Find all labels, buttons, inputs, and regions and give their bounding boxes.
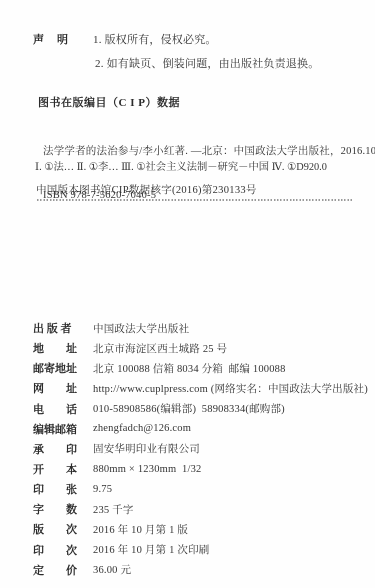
publication-label: 网 址 <box>33 380 77 396</box>
declaration-section: 声 明 1. 版权所有，侵权必究。 2. 如有缺页、倒装问题，由出版社负责退换。 <box>33 29 319 76</box>
publication-label: 字 数 <box>33 501 77 517</box>
cip-record-number: 中国版本图书馆CIP数据核字(2016)第230133号 <box>36 182 257 197</box>
publication-value: 2016 年 10 月第 1 次印刷 <box>93 542 209 557</box>
publication-row-printing: 印 次 2016 年 10 月第 1 次印刷 <box>33 540 365 560</box>
publication-value: 北京 100088 信箱 8034 分箱 邮编 100088 <box>93 361 286 376</box>
publication-value: 235 千字 <box>93 502 134 517</box>
publication-label: 出 版 者 <box>33 320 77 336</box>
declaration-item-1: 1. 版权所有，侵权必究。 <box>93 29 319 53</box>
publication-label: 承 印 <box>33 441 77 457</box>
publication-value: 880mm × 1230mm 1/32 <box>93 464 202 475</box>
publication-row-editor-email: 编辑邮箱 zhengfadch@126.com <box>33 419 365 439</box>
dotted-divider <box>37 199 352 201</box>
publication-label: 版 次 <box>33 521 77 537</box>
publication-value: 固安华明印业有限公司 <box>93 441 200 456</box>
publication-value: 北京市海淀区西土城路 25 号 <box>93 341 227 356</box>
publication-row-edition: 版 次 2016 年 10 月第 1 版 <box>33 519 365 539</box>
publication-label: 编辑邮箱 <box>33 421 77 437</box>
publication-row-address: 地 址 北京市海淀区西土城路 25 号 <box>33 338 365 358</box>
publication-row-mailing-address: 邮寄地址 北京 100088 信箱 8034 分箱 邮编 100088 <box>33 358 365 378</box>
publication-row-website: 网 址 http://www.cuplpress.com (网络实名：中国政法大… <box>33 378 365 398</box>
publication-value: 9.75 <box>93 484 112 495</box>
publication-row-phone: 电 话 010-58908586(编辑部) 58908334(邮购部) <box>33 399 365 419</box>
publication-info-section: 出 版 者 中国政法大学出版社 地 址 北京市海淀区西土城路 25 号 邮寄地址… <box>33 318 365 580</box>
publication-value: http://www.cuplpress.com (网络实名：中国政法大学出版社… <box>93 381 368 396</box>
publication-label: 电 话 <box>33 401 77 417</box>
publication-row-printer: 承 印 固安华明印业有限公司 <box>33 439 365 459</box>
declaration-items: 1. 版权所有，侵权必究。 2. 如有缺页、倒装问题，由出版社负责退换。 <box>93 29 319 76</box>
declaration-label: 声 明 <box>33 29 70 53</box>
publication-label: 开 本 <box>33 461 77 477</box>
cip-record: 法学学者的法治参与/李小红著. —北京：中国政法大学出版社，2016.10 IS… <box>43 116 375 232</box>
publication-value: 中国政法大学出版社 <box>93 321 189 336</box>
publication-label: 定 价 <box>33 562 77 578</box>
publication-row-sheets: 印 张 9.75 <box>33 479 365 499</box>
publication-row-price: 定 价 36.00 元 <box>33 560 365 580</box>
publication-value: 2016 年 10 月第 1 版 <box>93 522 188 537</box>
publication-label: 印 张 <box>33 481 77 497</box>
publication-row-format: 开 本 880mm × 1230mm 1/32 <box>33 459 365 479</box>
cip-classification-line: Ⅰ. ①法… Ⅱ. ①李… Ⅲ. ①社会主义法制－研究－中国 Ⅳ. ①D920.… <box>35 158 327 173</box>
publication-label: 印 次 <box>33 542 77 558</box>
colophon-page: 声 明 1. 版权所有，侵权必究。 2. 如有缺页、倒装问题，由出版社负责退换。… <box>0 0 375 588</box>
publication-value: 010-58908586(编辑部) 58908334(邮购部) <box>93 401 285 416</box>
publication-value: zhengfadch@126.com <box>93 423 191 434</box>
publication-value: 36.00 元 <box>93 562 131 577</box>
cip-title: 图书在版编目（C I P）数据 <box>38 94 180 110</box>
publication-label: 地 址 <box>33 340 77 356</box>
declaration-item-2: 2. 如有缺页、倒装问题，由出版社负责退换。 <box>93 53 319 77</box>
publication-row-word-count: 字 数 235 千字 <box>33 499 365 519</box>
publication-row-publisher: 出 版 者 中国政法大学出版社 <box>33 318 365 338</box>
publication-label: 邮寄地址 <box>33 360 77 376</box>
